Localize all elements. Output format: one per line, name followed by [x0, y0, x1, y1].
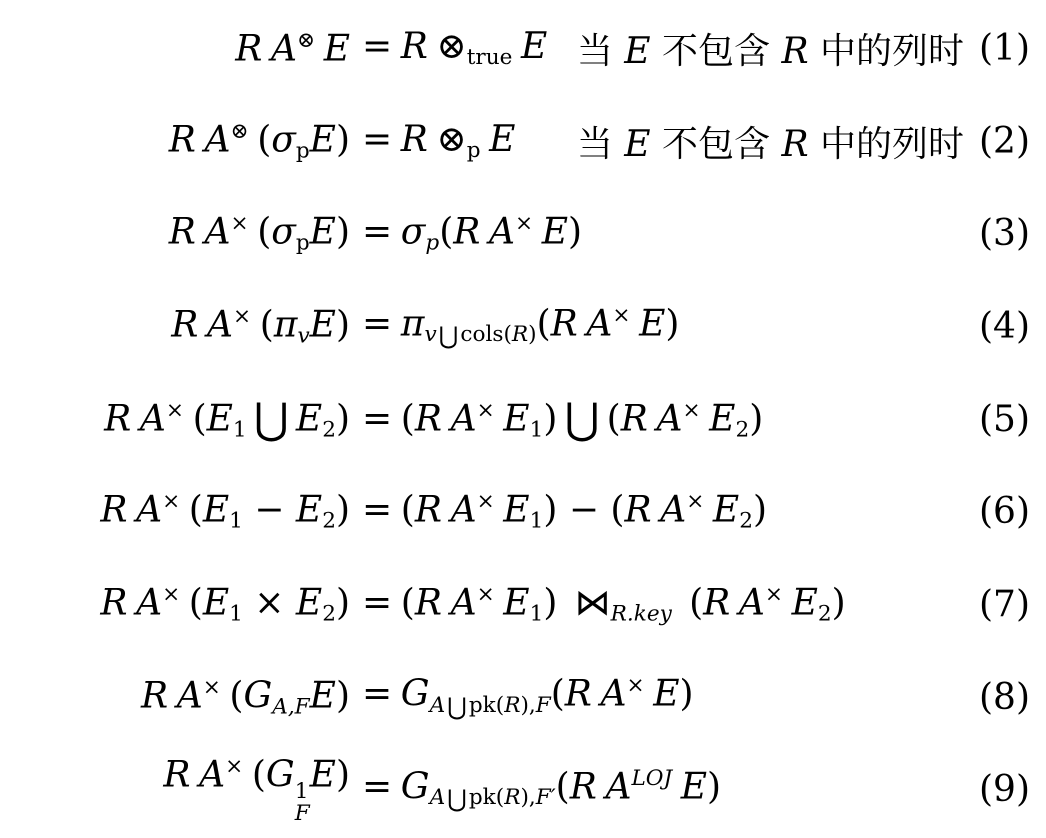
equation-row: RA×(GA,FE) =GA⋃pk(R),F(RA×E) (8)	[0, 651, 1046, 744]
equation-row: RA×(G1FE) =GA⋃pk(R),F′(RALOJE) (9)	[0, 743, 1046, 836]
equation-number: (7)	[979, 584, 1030, 625]
equation-rhs: =πv⋃cols(R)(RA×E)	[362, 303, 952, 350]
equation-lhs: RA×(G1FE)	[0, 754, 350, 825]
equation-number: (8)	[979, 677, 1030, 718]
equation-rhs: =R⊗pE	[362, 119, 565, 163]
equation-lhs: RA×(E1⋃E2)	[0, 395, 350, 444]
equation-condition: 当 E 不包含 R 中的列时	[577, 116, 964, 167]
equation-number: (9)	[979, 769, 1030, 810]
equation-number: (2)	[979, 121, 1030, 162]
equation-rhs: =R⊗trueE	[362, 26, 565, 70]
equation-rhs: =GA⋃pk(R),F′(RALOJE)	[362, 766, 952, 813]
equation-condition: 当 E 不包含 R 中的列时	[577, 23, 964, 74]
equation-lhs: RA×(πvE)	[0, 304, 350, 348]
equation-number: (3)	[979, 213, 1030, 254]
equation-row: RA×(πvE) =πv⋃cols(R)(RA×E) (4)	[0, 280, 1046, 373]
equation-rhs: =(RA×E1)⋃(RA×E2)	[362, 395, 952, 444]
equation-lhs: RA×(σpE)	[0, 211, 350, 255]
equation-row: RA×(E1 × E2) =(RA×E1)⋈R.key(RA×E2) (7)	[0, 558, 1046, 651]
equation-lhs: RA×(GA,FE)	[0, 675, 350, 719]
equation-row: RA×(E1 − E2) =(RA×E1) − (RA×E2) (6)	[0, 465, 1046, 558]
equation-row: RA⊗E =R⊗trueE 当 E 不包含 R 中的列时 (1)	[0, 2, 1046, 95]
equation-row: RA⊗(σpE) =R⊗pE 当 E 不包含 R 中的列时 (2)	[0, 95, 1046, 188]
equations-list: RA⊗E =R⊗trueE 当 E 不包含 R 中的列时 (1) RA⊗(σpE…	[0, 0, 1046, 838]
equation-row: RA×(σpE) =σp(RA×E) (3)	[0, 187, 1046, 280]
equation-lhs: RA×(E1 − E2)	[0, 489, 350, 533]
equation-lhs: RA⊗(σpE)	[0, 119, 350, 163]
equation-lhs: RA×(E1 × E2)	[0, 582, 350, 626]
equation-rhs: =(RA×E1)⋈R.key(RA×E2)	[362, 582, 952, 626]
equation-row: RA×(E1⋃E2) =(RA×E1)⋃(RA×E2) (5)	[0, 373, 1046, 466]
equation-rhs: =(RA×E1) − (RA×E2)	[362, 489, 952, 533]
equation-number: (5)	[979, 399, 1030, 440]
equation-number: (4)	[979, 306, 1030, 347]
equation-number: (1)	[979, 28, 1030, 69]
equation-number: (6)	[979, 491, 1030, 532]
equation-lhs: RA⊗E	[0, 28, 350, 69]
equation-rhs: =GA⋃pk(R),F(RA×E)	[362, 673, 952, 720]
equation-rhs: =σp(RA×E)	[362, 211, 952, 255]
